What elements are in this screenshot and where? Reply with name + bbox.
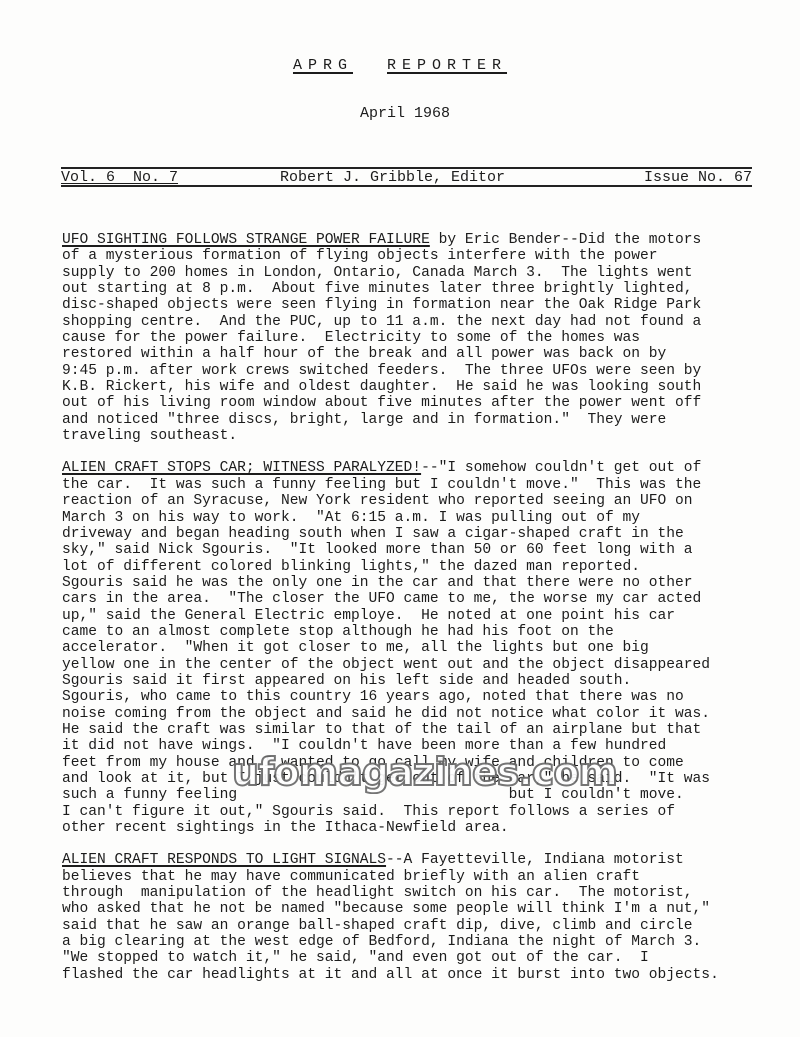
masthead-title: APRGREPORTER	[0, 57, 800, 74]
article-line: supply to 200 homes in London, Ontario, …	[62, 265, 782, 281]
article-line: disc-shaped objects were seen flying in …	[62, 297, 782, 313]
info-bar: Vol. 6 No. 7 Robert J. Gribble, Editor I…	[61, 167, 752, 187]
article-line: the car. It was such a funny feeling but…	[62, 477, 782, 493]
article-line: a big clearing at the west edge of Bedfo…	[62, 934, 782, 950]
article-line: yellow one in the center of the object w…	[62, 657, 782, 673]
masthead-title-word-2: REPORTER	[387, 57, 507, 74]
article-line: who asked that he not be named "because …	[62, 901, 782, 917]
article-line: said that he saw an orange ball-shaped c…	[62, 918, 782, 934]
article-line: March 3 on his way to work. "At 6:15 a.m…	[62, 510, 782, 526]
masthead-title-word-1: APRG	[293, 57, 353, 74]
article-line: it did not have wings. "I couldn't have …	[62, 738, 782, 754]
article-line: cars in the area. "The closer the UFO ca…	[62, 591, 782, 607]
article-line: restored within a half hour of the break…	[62, 346, 782, 362]
article-light-signals: ALIEN CRAFT RESPONDS TO LIGHT SIGNALS--A…	[62, 852, 782, 983]
article-line: cause for the power failure. Electricity…	[62, 330, 782, 346]
article-headline: ALIEN CRAFT STOPS CAR; WITNESS PARALYZED…	[62, 460, 421, 476]
article-line: up," said the General Electric employe. …	[62, 608, 782, 624]
article-line: sky," said Nick Sgouris. "It looked more…	[62, 542, 782, 558]
article-line: through manipulation of the headlight sw…	[62, 885, 782, 901]
article-line: believes that he may have communicated b…	[62, 869, 782, 885]
article-line: driveway and began heading south when I …	[62, 526, 782, 542]
article-line: Sgouris, who came to this country 16 yea…	[62, 689, 782, 705]
volume-number: Vol. 6 No. 7	[61, 170, 178, 186]
article-line: feet from my house and I wanted to go ca…	[62, 755, 782, 771]
article-body: the car. It was such a funny feeling but…	[62, 477, 782, 837]
article-line: accelerator. "When it got closer to me, …	[62, 640, 782, 656]
article-first-line: ALIEN CRAFT STOPS CAR; WITNESS PARALYZED…	[62, 460, 782, 476]
article-line: and noticed "three discs, bright, large …	[62, 412, 782, 428]
article-line: other recent sightings in the Ithaca-New…	[62, 820, 782, 836]
article-body: of a mysterious formation of flying obje…	[62, 248, 782, 444]
article-byline: by Eric Bender--Did the motors	[430, 232, 702, 248]
article-line: I can't figure it out," Sgouris said. Th…	[62, 804, 782, 820]
article-line: such a funny feeling but I couldn't move…	[62, 787, 782, 803]
article-line: out of his living room window about five…	[62, 395, 782, 411]
article-line: He said the craft was similar to that of…	[62, 722, 782, 738]
article-line: K.B. Rickert, his wife and oldest daught…	[62, 379, 782, 395]
article-first-line: UFO SIGHTING FOLLOWS STRANGE POWER FAILU…	[62, 232, 782, 248]
issue-date: April 1968	[0, 105, 800, 122]
article-line: came to an almost complete stop although…	[62, 624, 782, 640]
article-line: Sgouris said it first appeared on his le…	[62, 673, 782, 689]
article-craft-stops-car: ALIEN CRAFT STOPS CAR; WITNESS PARALYZED…	[62, 460, 782, 836]
article-line: flashed the car headlights at it and all…	[62, 967, 782, 983]
editor-credit: Robert J. Gribble, Editor	[280, 170, 505, 186]
article-line: shopping centre. And the PUC, up to 11 a…	[62, 314, 782, 330]
article-body: believes that he may have communicated b…	[62, 869, 782, 983]
article-headline: ALIEN CRAFT RESPONDS TO LIGHT SIGNALS	[62, 852, 386, 868]
articles: UFO SIGHTING FOLLOWS STRANGE POWER FAILU…	[62, 232, 782, 999]
issue-number: Issue No. 67	[644, 170, 752, 186]
article-line: traveling southeast.	[62, 428, 782, 444]
article-line: 9:45 p.m. after work crews switched feed…	[62, 363, 782, 379]
article-headline: UFO SIGHTING FOLLOWS STRANGE POWER FAILU…	[62, 232, 430, 248]
article-first-line: ALIEN CRAFT RESPONDS TO LIGHT SIGNALS--A…	[62, 852, 782, 868]
article-line: Sgouris said he was the only one in the …	[62, 575, 782, 591]
article-line: and look at it, but I just couldn't get …	[62, 771, 782, 787]
newsletter-page: APRGREPORTER April 1968 Vol. 6 No. 7 Rob…	[0, 0, 800, 1037]
article-power-failure: UFO SIGHTING FOLLOWS STRANGE POWER FAILU…	[62, 232, 782, 444]
article-lead: --"I somehow couldn't get out of	[421, 460, 701, 476]
article-line: lot of different colored blinking lights…	[62, 559, 782, 575]
article-line: "We stopped to watch it," he said, "and …	[62, 950, 782, 966]
article-line: reaction of an Syracuse, New York reside…	[62, 493, 782, 509]
article-line: out starting at 8 p.m. About five minute…	[62, 281, 782, 297]
article-line: of a mysterious formation of flying obje…	[62, 248, 782, 264]
article-line: noise coming from the object and said he…	[62, 706, 782, 722]
article-lead: --A Fayetteville, Indiana motorist	[386, 852, 684, 868]
